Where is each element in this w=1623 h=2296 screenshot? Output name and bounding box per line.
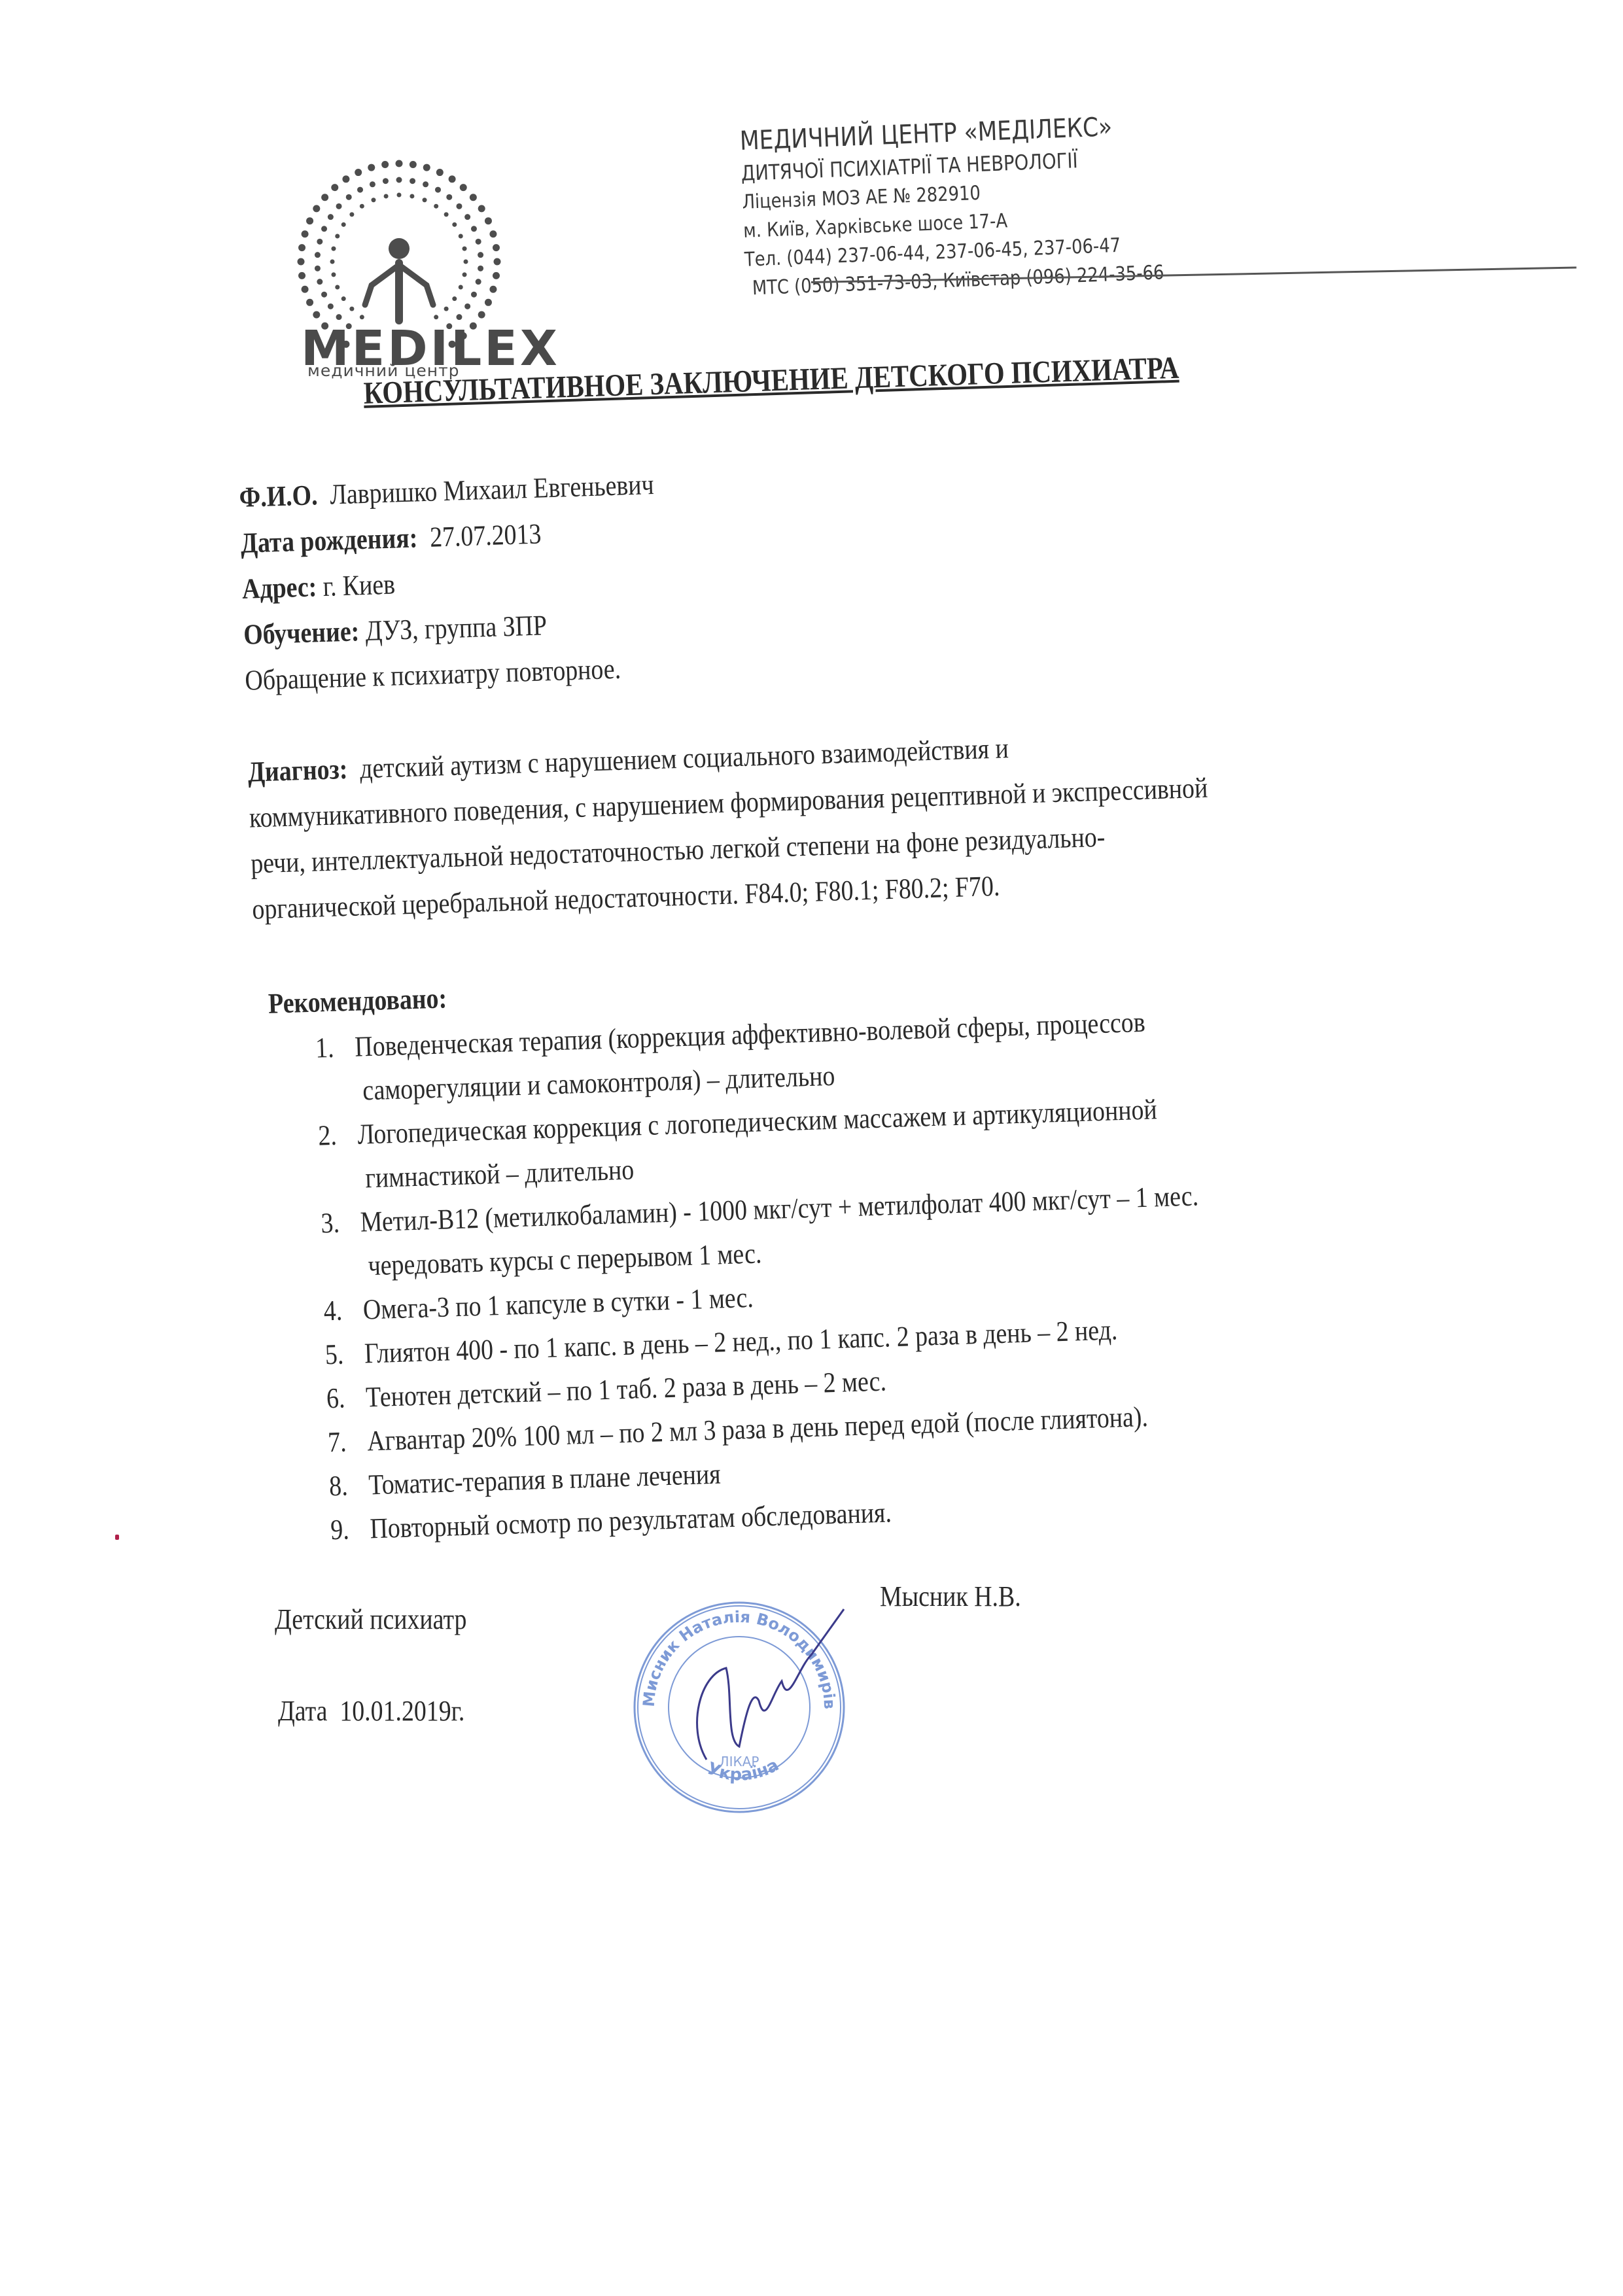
stamp-center-text: ЛІКАР <box>720 1754 759 1769</box>
recommendation-item: 9.Повторный осмотр по результатам обслед… <box>330 1495 892 1546</box>
doctor-stamp-icon: Мисник Наталія Володимирівна Україна ЛІК… <box>628 1596 850 1818</box>
diagnosis-line-1: Диагноз: детский аутизм с нарушением соц… <box>247 731 1009 789</box>
patient-name: Ф.И.О. Лавришко Михаил Евгеньевич <box>239 468 654 514</box>
patient-education: Обучение: ДУЗ, группа ЗПР <box>243 608 547 652</box>
recommendation-item: 6.Тенотен детский – по 1 таб. 2 раза в д… <box>326 1365 886 1416</box>
signature-role: Детский психиатр <box>275 1603 466 1636</box>
signature-doctor: Мысник Н.В. <box>880 1580 1021 1613</box>
patient-dob: Дата рождения: 27.07.2013 <box>240 517 542 559</box>
recommendation-item: саморегуляции и самоконтроля) – длительн… <box>362 1059 835 1107</box>
clinic-info: МЕДИЧНИЙ ЦЕНТР «МЕДІЛЕКС» ДИТЯЧОЇ ПСИХІА… <box>739 105 1232 303</box>
recommendation-item: чередовать курсы с перерывом 1 мес. <box>368 1236 762 1282</box>
recommendation-item: 8.Томатис-терапия в плане лечения <box>328 1457 721 1503</box>
recommendations-label: Рекомендовано: <box>268 981 447 1020</box>
visit-note: Обращение к психиатру повторное. <box>245 652 621 697</box>
recommendation-item: 4.Омега-3 по 1 капсуле в сутки - 1 мес. <box>323 1281 754 1328</box>
diagnosis-line-4: органической церебральной недостаточност… <box>252 869 1000 926</box>
signature-date: Дата 10.01.2019г. <box>278 1694 464 1728</box>
svg-text:Мисник Наталія Володимирівна: Мисник Наталія Володимирівна <box>628 1596 839 1709</box>
document-page: MEDILEX медичний центр МЕДИЧНИЙ ЦЕНТР «М… <box>0 0 1623 2296</box>
stray-ink-mark <box>115 1535 119 1540</box>
patient-address: Адрес: г. Киев <box>241 568 395 606</box>
recommendation-item: гимнастикой – длительно <box>365 1153 635 1194</box>
stamp-top-text: Мисник Наталія Володимирівна <box>628 1596 839 1709</box>
